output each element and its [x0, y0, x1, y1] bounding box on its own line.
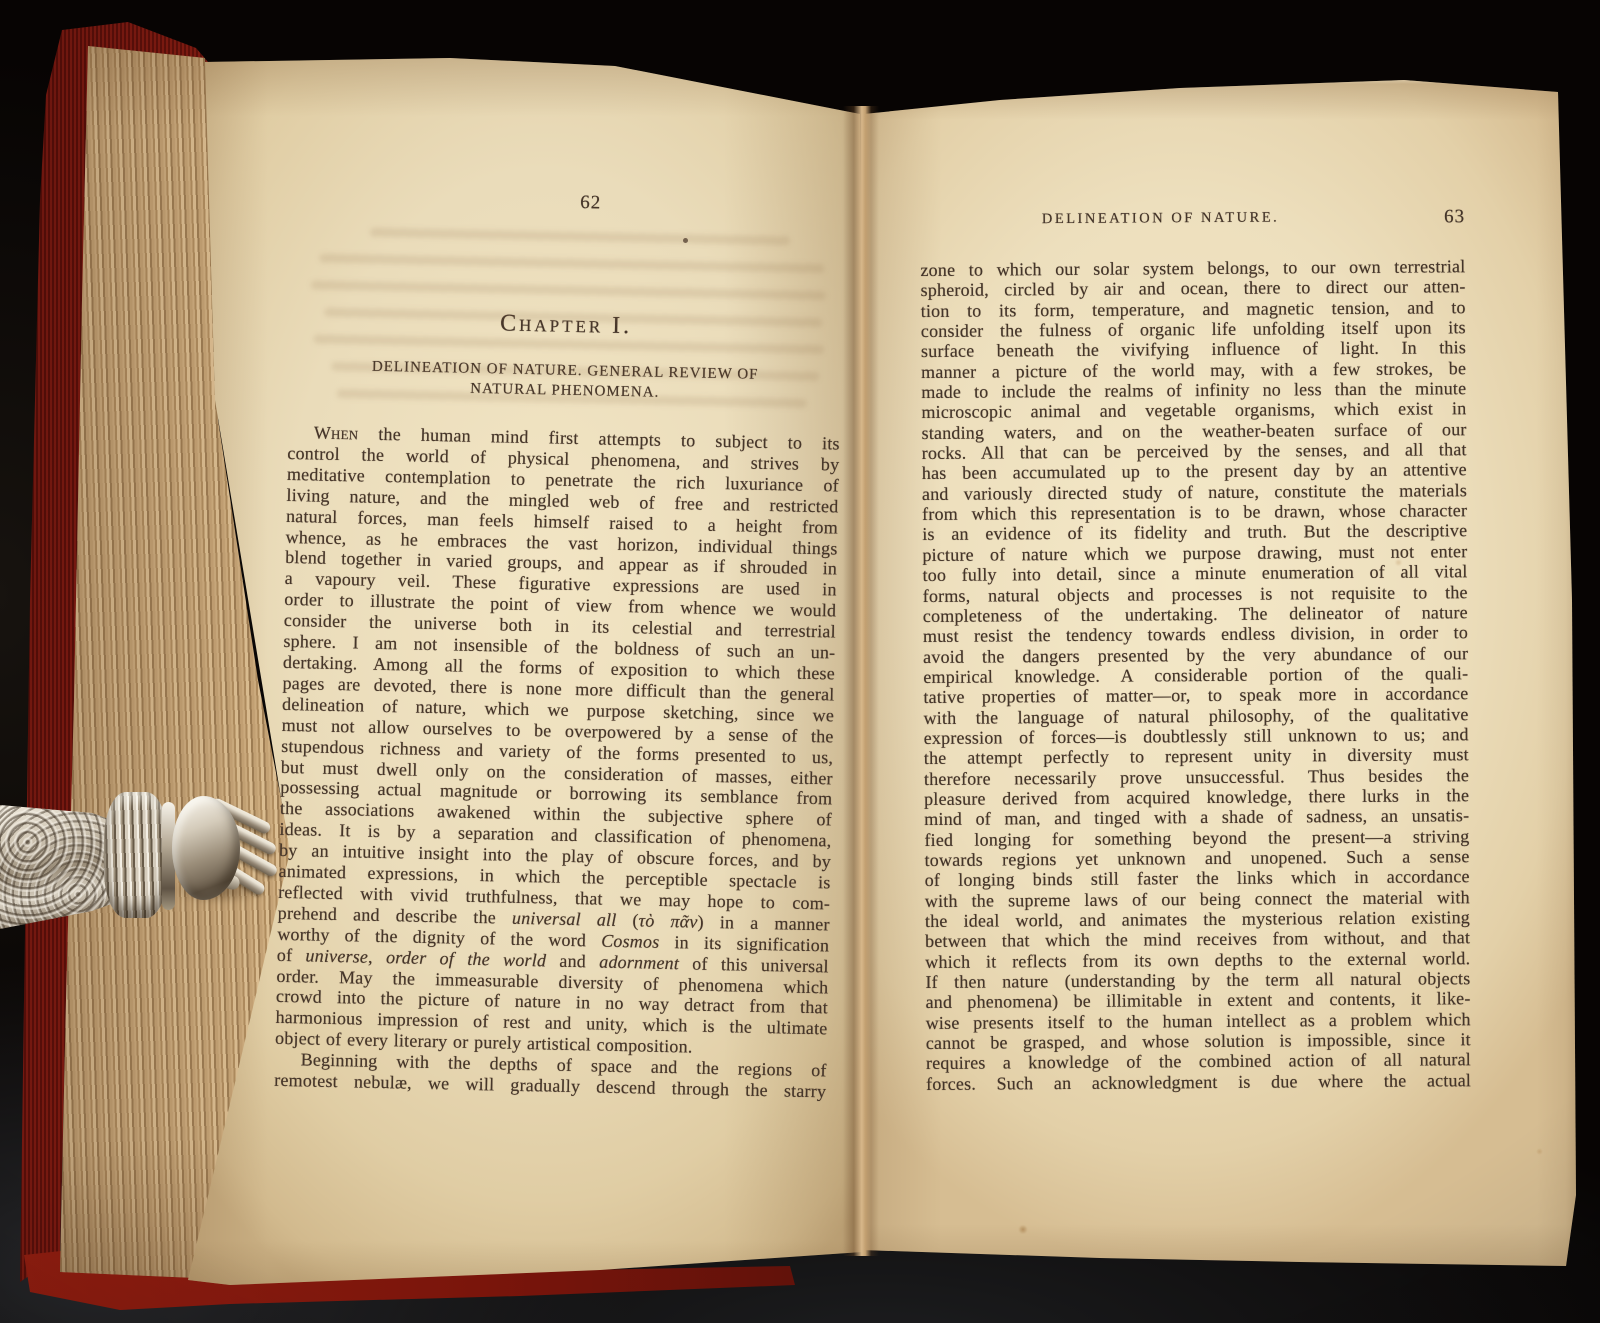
left-page-content: 62 Chapter I. DELINEATION OF NATURE. GEN… — [274, 186, 845, 1102]
text-line: forces. Such an acknowledgment is due wh… — [926, 1070, 1471, 1094]
show-through-line — [337, 389, 807, 408]
show-through-line — [319, 254, 824, 274]
left-page-text: When the human mind first attempts to su… — [274, 422, 840, 1102]
show-through-text — [296, 226, 832, 426]
show-through-line — [314, 334, 824, 354]
bookmark-ribbed-cuff — [104, 792, 168, 918]
antique-book-photo: 62 Chapter I. DELINEATION OF NATURE. GEN… — [0, 0, 1600, 1323]
show-through-line — [311, 280, 826, 300]
right-page-text: zone to which our solar system belongs, … — [920, 256, 1471, 1094]
show-through-line — [370, 228, 790, 246]
book-gutter-crease — [843, 106, 879, 1256]
show-through-line — [324, 308, 822, 327]
hand-clasp-bookmark — [0, 780, 300, 955]
ink-speck — [683, 238, 688, 243]
right-page-header: DELINEATION OF NATURE. 63 — [920, 204, 1465, 232]
running-header: DELINEATION OF NATURE. — [888, 204, 1433, 229]
foxing-spot — [1536, 1148, 1543, 1155]
foxing-spot — [1396, 560, 1401, 565]
foxing-spot — [1018, 1225, 1028, 1234]
show-through-line — [331, 362, 819, 381]
page-number-right: 63 — [1444, 206, 1465, 228]
right-page-content: DELINEATION OF NATURE. 63 zone to which … — [920, 204, 1471, 1094]
